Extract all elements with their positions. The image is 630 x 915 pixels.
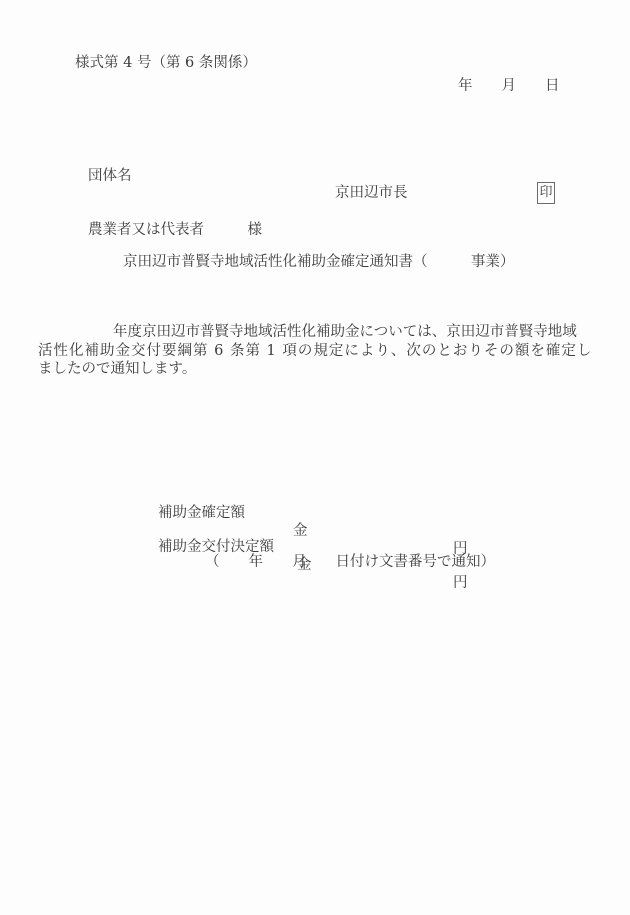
determined-amount-label: 補助金確定額 — [158, 504, 245, 522]
form-number: 様式第 4 号（第 6 条関係） — [75, 54, 257, 72]
document-page: 様式第 4 号（第 6 条関係） 年 月 日 団体名 農業者又は代表者 様 京田… — [0, 0, 630, 915]
body-paragraph-line-2: 活性化補助金交付要綱第 6 条第 1 項の規定により、次のとおりその額を確定し — [38, 342, 592, 360]
body-paragraph-line-3: ましたので通知します。 — [38, 360, 196, 378]
notification-document-number-note: （ 年 月 日付け文書番号で通知） — [205, 553, 495, 571]
body-paragraph-line-1: 年度京田辺市普賢寺地域活性化補助金については、京田辺市普賢寺地域 — [113, 323, 577, 341]
farmer-or-representative-line: 農業者又は代表者 様 — [88, 221, 262, 239]
document-title: 京田辺市普賢寺地域活性化補助金確定通知書（ 事業） — [123, 253, 515, 271]
amount-row-grant-decision: 補助金交付決定額 金 円 — [0, 520, 18, 611]
date-blank-line: 年 月 日 — [458, 77, 560, 95]
mayor-title: 京田辺市長 — [335, 184, 408, 202]
seal-mark-box: 印 — [537, 182, 555, 204]
group-name-label: 団体名 — [88, 167, 262, 185]
grant-decision-amount-unit: 円 — [453, 574, 468, 592]
determined-amount-currency-prefix: 金 — [293, 522, 308, 540]
